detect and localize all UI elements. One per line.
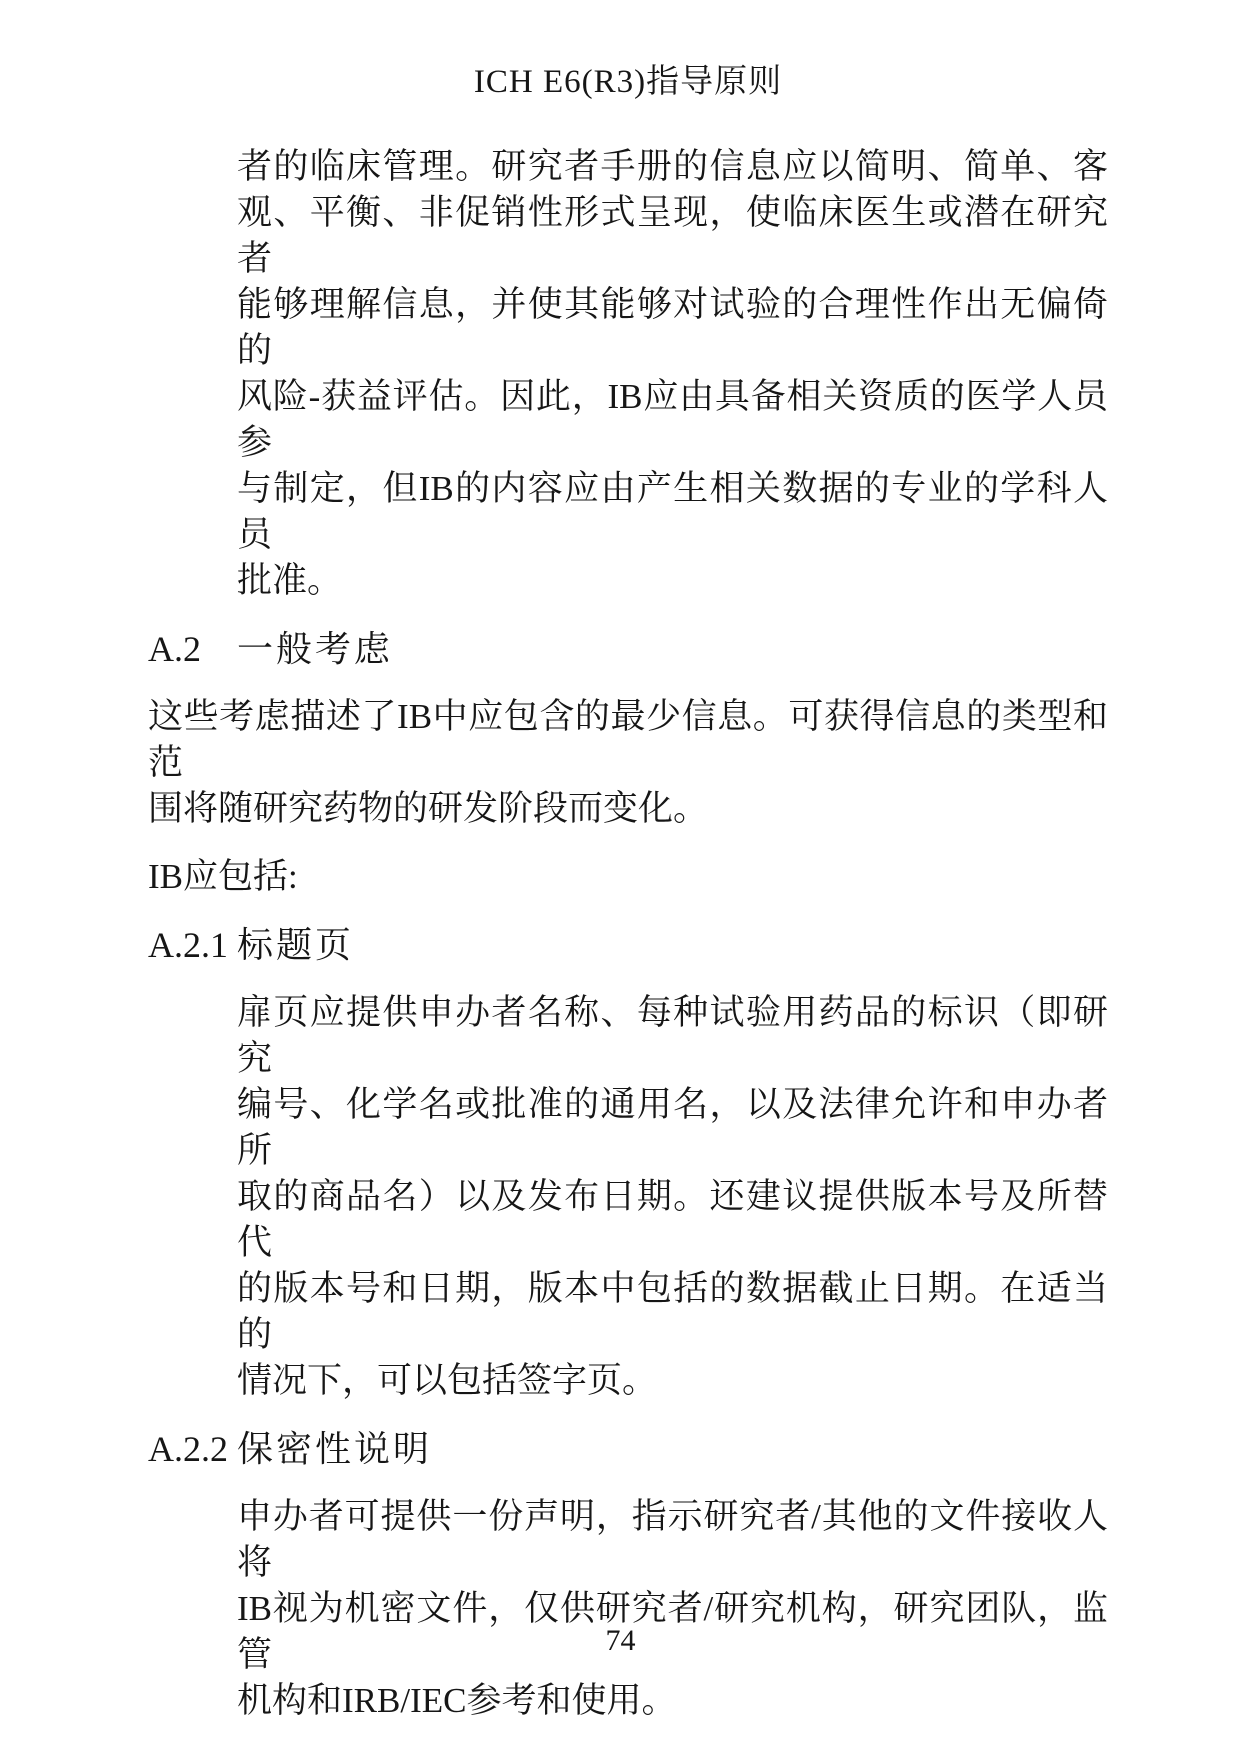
text-line: 扉页应提供申办者名称、每种试验用药品的标识（即研究	[237, 990, 1108, 1082]
section-heading-a22: A.2.2 保密性说明	[148, 1426, 1108, 1472]
text-line: 围将随研究药物的研发阶段而变化。	[148, 786, 1108, 832]
paragraph-general-considerations: 这些考虑描述了IB中应包含的最少信息。可获得信息的类型和范 围将随研究药物的研发…	[148, 694, 1108, 832]
section-title: 一般考虑	[237, 626, 393, 672]
text-line: 申办者可提供一份声明，指示研究者/其他的文件接收人将	[237, 1494, 1108, 1586]
page-number: 74	[0, 1622, 1241, 1660]
text-line: 情况下，可以包括签字页。	[237, 1358, 1108, 1404]
text-line: 能够理解信息，并使其能够对试验的合理性作出无偏倚的	[237, 282, 1108, 374]
document-page: ICH E6(R3)指导原则 者的临床管理。研究者手册的信息应以简明、简单、客 …	[0, 0, 1241, 1755]
section-number: A.2.2	[148, 1426, 237, 1472]
text-line: 者的临床管理。研究者手册的信息应以简明、简单、客	[237, 144, 1108, 190]
section-number: A.2.1	[148, 922, 237, 968]
text-line: 与制定，但IB的内容应由产生相关数据的专业的学科人员	[237, 466, 1108, 558]
paragraph-ib-include: IB应包括:	[148, 854, 1108, 900]
document-content: ICH E6(R3)指导原则 者的临床管理。研究者手册的信息应以简明、简单、客 …	[148, 60, 1108, 1746]
text-line: 风险-获益评估。因此，IB应由具备相关资质的医学人员参	[237, 374, 1108, 466]
text-line: 的版本号和日期，版本中包括的数据截止日期。在适当的	[237, 1266, 1108, 1358]
section-title: 标题页	[237, 922, 354, 968]
text-line: 批准。	[237, 558, 1108, 604]
section-title: 保密性说明	[237, 1426, 432, 1472]
section-heading-a2: A.2 一般考虑	[148, 626, 1108, 672]
text-line: 这些考虑描述了IB中应包含的最少信息。可获得信息的类型和范	[148, 694, 1108, 786]
page-header: ICH E6(R3)指导原则	[148, 60, 1108, 104]
text-line: 取的商品名）以及发布日期。还建议提供版本号及所替代	[237, 1174, 1108, 1266]
text-line: 机构和IRB/IEC参考和使用。	[237, 1678, 1108, 1724]
section-number: A.2	[148, 626, 237, 672]
text-line: 编号、化学名或批准的通用名，以及法律允许和申办者所	[237, 1082, 1108, 1174]
text-line: 观、平衡、非促销性形式呈现，使临床医生或潜在研究者	[237, 190, 1108, 282]
paragraph-continuation: 者的临床管理。研究者手册的信息应以简明、简单、客 观、平衡、非促销性形式呈现，使…	[237, 144, 1108, 604]
paragraph-confidentiality: 申办者可提供一份声明，指示研究者/其他的文件接收人将 IB视为机密文件，仅供研究…	[237, 1494, 1108, 1724]
paragraph-title-page: 扉页应提供申办者名称、每种试验用药品的标识（即研究 编号、化学名或批准的通用名，…	[237, 990, 1108, 1404]
text-line: IB应包括:	[148, 854, 1108, 900]
section-heading-a21: A.2.1 标题页	[148, 922, 1108, 968]
